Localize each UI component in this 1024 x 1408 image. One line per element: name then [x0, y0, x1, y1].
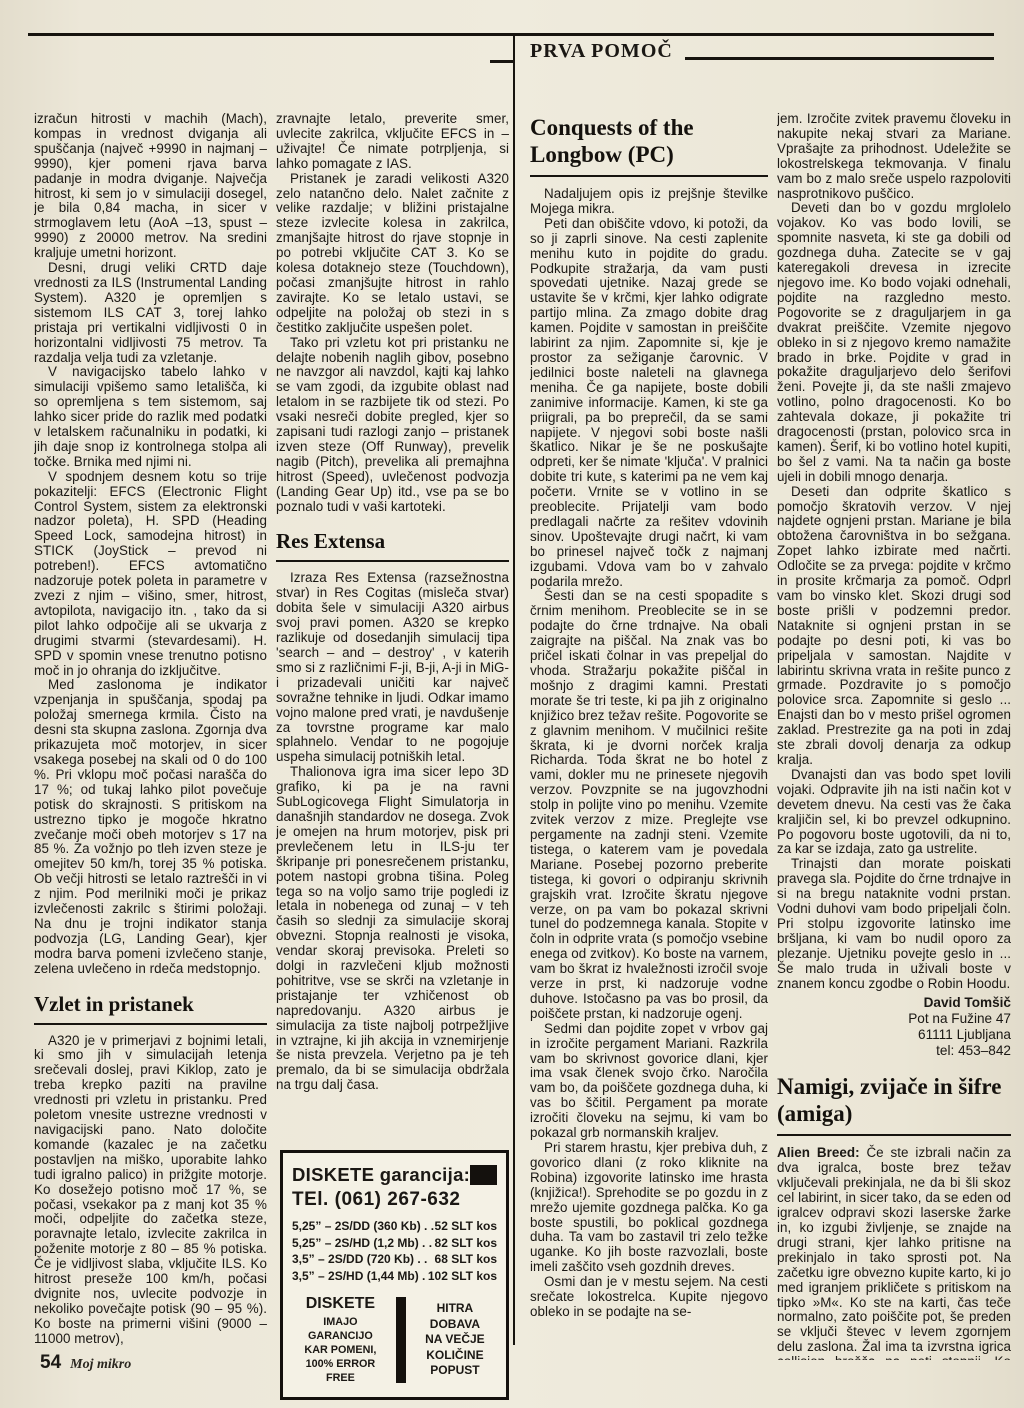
paragraph: Alien Breed: Če ste izbrali način za dva… [777, 1146, 1011, 1360]
paragraph: Dvanajsti dan vas bodo spet lovili vojak… [777, 768, 1011, 857]
column-4: jem. Izročite zvitek pravemu človeku in … [777, 112, 1011, 1360]
black-square-decoration [470, 1165, 497, 1185]
paragraph: jem. Izročite zvitek pravemu človeku in … [777, 112, 1011, 201]
magazine-page: PRVA POMOČ izračun hitrosti v machih (Ma… [0, 0, 1024, 1408]
heading-rule-divider [530, 175, 768, 177]
article-heading: Namigi, zvijače in šifre (amiga) [777, 1073, 1011, 1136]
header-rule-stub [490, 60, 514, 63]
section-title: PRVA POMOČ [530, 40, 673, 63]
paragraph: Desni, drugi veliki CRTD daje vrednosti … [34, 261, 267, 365]
author-contact-line: 61111 Ljubljana [777, 1027, 1011, 1043]
ad-guarantee-lines: IMAJO GARANCIJOKAR POMENI,100% ERROR FRE… [292, 1315, 389, 1385]
heading-rule-divider [276, 560, 509, 562]
paragraph: V spodnjem desnem kotu so trije pokazite… [34, 470, 267, 679]
heading-text: Res Extensa [276, 529, 509, 553]
diskette-price: 52 SLT kos [435, 1218, 497, 1235]
ad-guarantee-title: DISKETE [292, 1295, 389, 1313]
paragraph: Med zaslonoma je indikator vzpenjanja in… [34, 678, 267, 976]
diskette-ad: DISKETE garancija: TEl. (061) 267-632 5,… [280, 1150, 509, 1400]
diskette-spec: 3,5” – 2S/HD (1,44 Mb) . [292, 1268, 425, 1285]
page-header: PRVA POMOČ [530, 40, 994, 63]
column-1: izračun hitrosti v machih (Mach), kompas… [34, 112, 267, 1364]
ad-title: DISKETE garancija: [292, 1164, 470, 1186]
ad-bottom-section: DISKETE IMAJO GARANCIJOKAR POMENI,100% E… [292, 1295, 497, 1385]
paragraph: Nadaljujem opis iz prejšnje številke Moj… [530, 187, 768, 217]
paragraph: Deveti dan bo v gozdu mrglolelo vojakov.… [777, 201, 1011, 484]
heading-text: Namigi, zvijače in šifre (amiga) [777, 1073, 1011, 1127]
list-line: KAR POMENI, [292, 1343, 389, 1357]
paragraph: V navigacijsko tabelo lahko v simulaciji… [34, 365, 267, 469]
column-1-text: izračun hitrosti v machih (Mach), kompas… [34, 112, 267, 1364]
list-line: HITRA DOBAVA [413, 1301, 497, 1332]
diskette-spec: 5,25” – 2S/DD (360 Kb) . . [292, 1218, 434, 1235]
header-rule-divider [685, 57, 994, 60]
paragraph: zravnajte letalo, preverite smer, uvleci… [276, 112, 509, 172]
section-heading: Vzlet in pristanek [34, 992, 267, 1025]
article-heading: Conquests of the Longbow (PC) [530, 114, 768, 177]
diskette-price: 82 SLT kos [435, 1235, 497, 1252]
paragraph: Šesti dan se na cesti spopadite s črnim … [530, 589, 768, 1021]
paragraph: A320 je v primerjavi z bojnimi letali, k… [34, 1034, 267, 1347]
paragraph: Osmi dan je v mestu sejem. Na cesti sreč… [530, 1275, 768, 1320]
ad-title-row: DISKETE garancija: [292, 1164, 497, 1186]
paragraph: Izraza Res Extensa (razsežnostna stvar) … [276, 571, 509, 765]
paragraph: Peti dan obiščite vdovo, ki potoži, da s… [530, 217, 768, 590]
diskette-price: 102 SLT kos [428, 1268, 497, 1285]
ad-price-row: 3,5” – 2S/DD (720 Kb) . .68 SLT kos [292, 1251, 497, 1268]
list-line: IMAJO GARANCIJO [292, 1315, 389, 1343]
column-2: zravnajte letalo, preverite smer, uvleci… [276, 112, 509, 1362]
diskette-spec: 5,25” – 2S/HD (1,2 Mb) . . [292, 1235, 432, 1252]
ad-price-list: 5,25” – 2S/DD (360 Kb) . .52 SLT kos5,25… [292, 1218, 497, 1284]
ad-price-row: 5,25” – 2S/DD (360 Kb) . .52 SLT kos [292, 1218, 497, 1235]
paragraph: izračun hitrosti v machih (Mach), kompas… [34, 112, 267, 261]
paragraph: Sedmi dan pojdite zopet v vrbov gaj in i… [530, 1022, 768, 1141]
list-line: POPUST [413, 1363, 497, 1379]
column-4-text: jem. Izročite zvitek pravemu človeku in … [777, 112, 1011, 1360]
heading-rule-divider [777, 1134, 1011, 1136]
paragraph: Tako pri vzletu kot pri pristanku ne del… [276, 336, 509, 515]
top-rule-divider [28, 33, 994, 36]
paragraph: Thalionova igra ima sicer lepo 3D grafik… [276, 765, 509, 1093]
heading-text: Conquests of the Longbow (PC) [530, 114, 768, 168]
ad-delivery-block: HITRA DOBAVANA VEČJEKOLIČINEPOPUST [413, 1295, 497, 1385]
paragraph: Deseti dan odprite škatlico s pomočjo šk… [777, 485, 1011, 768]
paragraph: Pri starem hrastu, kjer prebiva duh, z g… [530, 1141, 768, 1275]
list-line: NA VEČJE [413, 1332, 497, 1348]
paragraph: Trinajsti dan morate poiskati pravega sl… [777, 857, 1011, 991]
author-signature: David TomšičPot na Fužine 4761111 Ljublj… [777, 995, 1011, 1059]
list-line: KOLIČINE [413, 1348, 497, 1364]
ad-guarantee-block: DISKETE IMAJO GARANCIJOKAR POMENI,100% E… [292, 1295, 389, 1385]
paragraph-lead: Alien Breed: [777, 1145, 866, 1160]
column-2-text: zravnajte letalo, preverite smer, uvleci… [276, 112, 509, 1138]
page-footer: 54 Moj mikro [40, 1352, 131, 1374]
diskette-spec: 3,5” – 2S/DD (720 Kb) . . [292, 1251, 427, 1268]
author-contact-line: Pot na Fužine 47 [777, 1011, 1011, 1027]
paragraph: Pristanek je zaradi velikosti A320 zelo … [276, 172, 509, 336]
black-bar-divider [396, 1297, 406, 1383]
magazine-name: Moj mikro [70, 1357, 131, 1373]
page-number: 54 [40, 1352, 61, 1374]
ad-price-row: 3,5” – 2S/HD (1,44 Mb) .102 SLT kos [292, 1268, 497, 1285]
column-3-text: Conquests of the Longbow (PC)Nadaljujem … [530, 112, 768, 1347]
column-3: Conquests of the Longbow (PC)Nadaljujem … [530, 112, 768, 1347]
author-contact-line: tel: 453–842 [777, 1043, 1011, 1059]
diskette-price: 68 SLT kos [435, 1251, 497, 1268]
heading-text: Vzlet in pristanek [34, 992, 267, 1016]
list-line: 100% ERROR FREE [292, 1357, 389, 1385]
ad-price-row: 5,25” – 2S/HD (1,2 Mb) . .82 SLT kos [292, 1235, 497, 1252]
author-name: David Tomšič [777, 995, 1011, 1011]
section-heading: Res Extensa [276, 529, 509, 562]
heading-rule-divider [34, 1023, 267, 1025]
column-divider [513, 33, 515, 1345]
ad-phone-number: TEl. (061) 267-632 [292, 1189, 497, 1211]
